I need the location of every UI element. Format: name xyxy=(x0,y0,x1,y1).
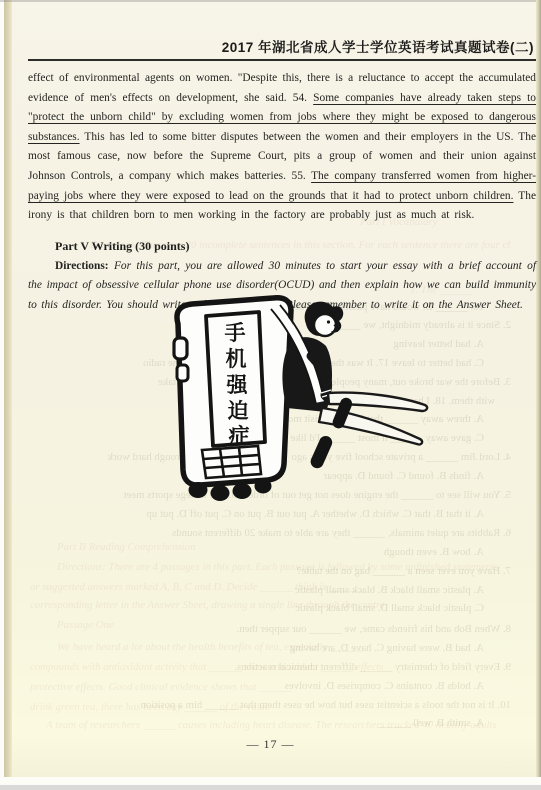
scan-edge-bottom-white xyxy=(0,777,541,785)
scan-edge-bottom-grey xyxy=(0,785,541,790)
phone-addiction-cartoon: 手 机 强 迫 症 xyxy=(154,294,444,506)
ghost-text-line: A. how B. even though xyxy=(30,545,511,559)
ghost-text-line: A. plastic small black B. black small pl… xyxy=(30,583,511,597)
scan-edge-top xyxy=(0,0,541,2)
ghost-text-line: drink green tea, there has been any ____… xyxy=(30,700,511,714)
svg-text:机: 机 xyxy=(226,347,247,371)
svg-text:迫: 迫 xyxy=(228,400,249,423)
ghost-text-line: A. holds B. contains C. comprises D. inv… xyxy=(30,679,511,693)
svg-text:症: 症 xyxy=(229,424,250,448)
svg-text:强: 强 xyxy=(226,374,249,397)
ghost-text-line: corresponding letter in the Answer Sheet… xyxy=(30,598,511,612)
ghost-text-line: or suggested answers marked A, B, C and … xyxy=(30,580,511,594)
ghost-text-line: 8. When Bob and his friends came, we ___… xyxy=(30,622,511,636)
phone-side-button xyxy=(174,338,187,359)
ghost-text-line: A team of researchers ______ causes incl… xyxy=(30,718,511,732)
ghost-text-line: C. plastic black small D. small black pl… xyxy=(30,601,511,615)
ghost-text-line: 9. Every field of chemistry ______ diffe… xyxy=(30,660,511,674)
reading-passage: effect of environmental agents on women.… xyxy=(28,69,536,226)
ghost-text-line: A. it that B. that C. which D. whether A… xyxy=(30,507,511,521)
scan-edge-left-shade xyxy=(4,0,12,790)
phone-keypad xyxy=(202,446,261,478)
ghost-text-line: Directions: There are 4 passages in this… xyxy=(30,560,511,574)
page-content: 2017 年湖北省成人学士学位英语考试真题试卷(二) effect of env… xyxy=(28,36,536,316)
burdened-person xyxy=(271,302,427,471)
exam-header-title: 2017 年湖北省成人学士学位英语考试真题试卷(二) xyxy=(28,36,536,56)
page-number: — 17 — xyxy=(0,737,541,752)
ghost-text-line: A. had B. were having C. have D. are hav… xyxy=(30,641,511,655)
header-rule xyxy=(28,59,536,61)
ghost-text-line: Part II Reading Comprehension xyxy=(30,540,511,554)
ghost-text-line: Passage One xyxy=(30,618,511,632)
ghost-text-line: A. smith B. well ______ xyxy=(30,716,511,730)
giant-phone: 手 机 强 迫 症 xyxy=(174,298,291,501)
ghost-text-line: We have heard a lot about the health ben… xyxy=(30,640,511,654)
phone-side-button xyxy=(177,365,188,381)
ghost-text-line: compounds with antioxidant activity that… xyxy=(30,660,511,674)
svg-text:手: 手 xyxy=(225,322,246,345)
ghost-text-line: 7. Have you ever seen a ______ bag on th… xyxy=(30,564,511,578)
ghost-text-line: 6. Rabbits are quiet animals, ______ the… xyxy=(30,526,511,540)
ghost-text-line: protective effects. Good clinical eviden… xyxy=(30,680,511,694)
part-v-heading: Part V Writing (30 points) xyxy=(28,237,536,257)
scan-edge-right xyxy=(536,0,541,790)
ghost-text-line: 10. It is not the tools a scientist uses… xyxy=(30,698,511,712)
scanned-exam-page: 16. ______ B. would have passed D. had b… xyxy=(0,0,541,790)
boot xyxy=(309,434,335,470)
directions-label: Directions: xyxy=(55,260,109,272)
